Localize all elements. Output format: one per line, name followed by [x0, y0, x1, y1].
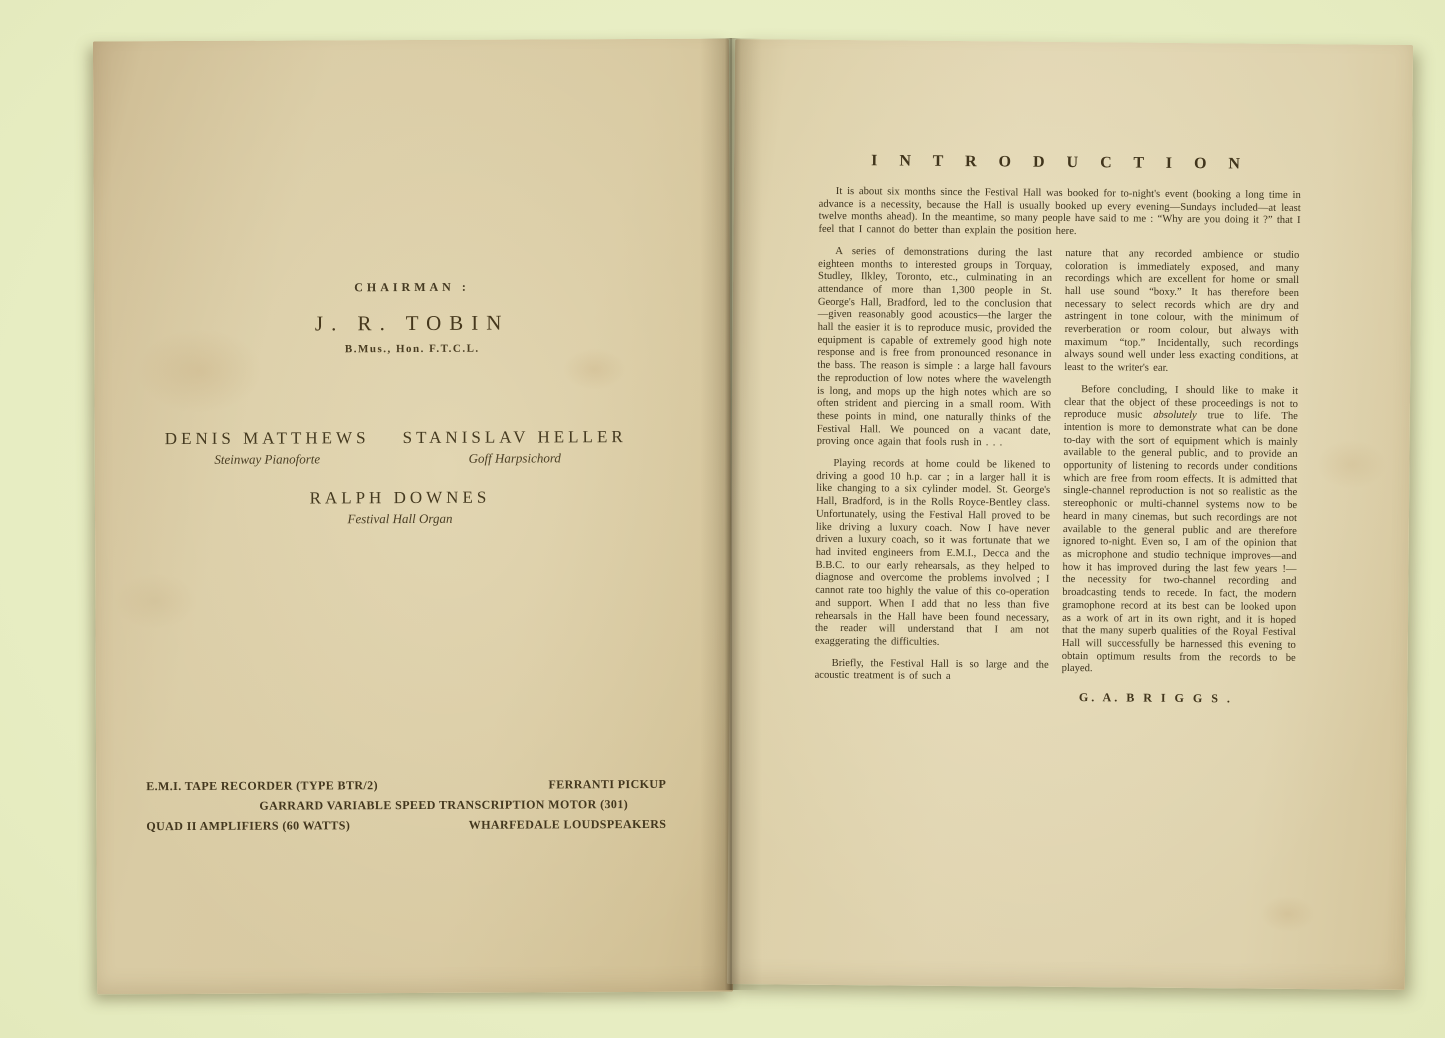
equipment-row: E.M.I. TAPE RECORDER (TYPE BTR/2) FERRAN… — [146, 777, 666, 794]
equipment-item-motor: GARRARD VARIABLE SPEED TRANSCRIPTION MOT… — [146, 797, 666, 814]
author-signature: G. A. B R I G G S . — [1061, 690, 1295, 707]
performer-heller: STANISLAV HELLER Goff Harpsichord — [390, 427, 640, 467]
chairman-block: CHAIRMAN : J. R. TOBIN B.Mus., Hon. F.T.… — [94, 279, 730, 357]
chairman-credentials: B.Mus., Hon. F.T.C.L. — [94, 342, 730, 357]
intro-paragraph: It is about six months since the Festiva… — [818, 186, 1300, 241]
performer-instrument: Steinway Pianoforte — [150, 451, 385, 468]
paragraph: Playing records at home could be likened… — [815, 458, 1051, 651]
performer-name: STANISLAV HELLER — [390, 427, 640, 448]
chairman-name: J. R. TOBIN — [94, 310, 730, 338]
right-page: I N T R O D U C T I O N It is about six … — [727, 39, 1413, 990]
equipment-item-loudspeakers: WHARFEDALE LOUDSPEAKERS — [469, 817, 667, 833]
page-title: I N T R O D U C T I O N — [819, 152, 1301, 174]
performer-downes: RALPH DOWNES Festival Hall Organ — [260, 487, 540, 527]
text-column-2: nature that any recorded ambience or stu… — [1061, 248, 1299, 707]
paragraph: Briefly, the Festival Hall is so large a… — [815, 657, 1049, 684]
equipment-credits: E.M.I. TAPE RECORDER (TYPE BTR/2) FERRAN… — [146, 777, 666, 839]
performer-instrument: Goff Harpsichord — [390, 450, 640, 467]
equipment-item-tape-recorder: E.M.I. TAPE RECORDER (TYPE BTR/2) — [146, 778, 378, 794]
emphasized-word: absolutely — [1153, 410, 1197, 421]
performer-instrument: Festival Hall Organ — [260, 510, 540, 527]
paragraph: Before concluding, I should like to make… — [1062, 384, 1299, 678]
performer-name: RALPH DOWNES — [260, 487, 540, 508]
performer-name: DENIS MATTHEWS — [150, 428, 385, 449]
introduction-article: I N T R O D U C T I O N It is about six … — [814, 152, 1301, 707]
equipment-item-pickup: FERRANTI PICKUP — [548, 777, 666, 793]
paragraph-text: true to life. The intention is more to d… — [1062, 410, 1298, 674]
equipment-item-amplifiers: QUAD II AMPLIFIERS (60 WATTS) — [146, 818, 350, 834]
performer-matthews: DENIS MATTHEWS Steinway Pianoforte — [150, 428, 385, 468]
equipment-row: QUAD II AMPLIFIERS (60 WATTS) WHARFEDALE… — [146, 817, 666, 834]
paragraph-continuation: nature that any recorded ambience or stu… — [1064, 248, 1299, 377]
photo-background: CHAIRMAN : J. R. TOBIN B.Mus., Hon. F.T.… — [0, 0, 1445, 1038]
text-column-1: A series of demonstrations during the la… — [814, 246, 1052, 705]
chairman-label: CHAIRMAN : — [94, 279, 730, 297]
paragraph: A series of demonstrations during the la… — [817, 246, 1053, 451]
left-page: CHAIRMAN : J. R. TOBIN B.Mus., Hon. F.T.… — [93, 39, 733, 995]
two-column-text: A series of demonstrations during the la… — [814, 246, 1300, 707]
